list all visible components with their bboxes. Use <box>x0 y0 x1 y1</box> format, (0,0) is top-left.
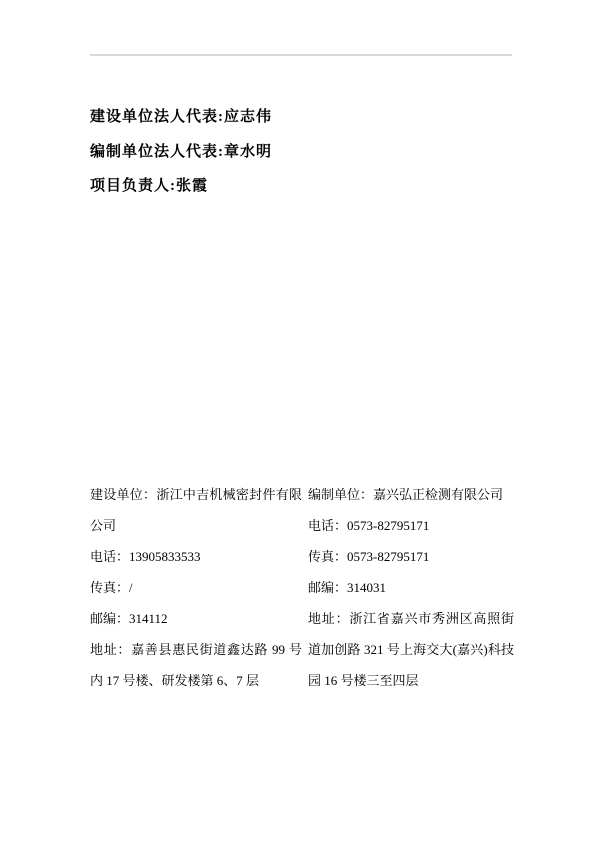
compilation-unit-fax-row: 传真：0573-82795171 <box>308 541 514 572</box>
compilation-unit-address-row: 地址：浙江省嘉兴市秀洲区高照街道加创路 321 号上海交大(嘉兴)科技园 16 … <box>308 603 514 696</box>
postcode-label: 邮编： <box>308 580 347 595</box>
document-page: 建设单位法人代表:应志伟 编制单位法人代表:章水明 项目负责人:张霞 建设单位：… <box>0 0 601 850</box>
legal-representatives-section: 建设单位法人代表:应志伟 编制单位法人代表:章水明 项目负责人:张霞 <box>90 100 520 204</box>
construction-unit-legal-rep: 建设单位法人代表:应志伟 <box>90 100 520 135</box>
construction-unit-phone-row: 电话：13905833533 <box>90 541 302 572</box>
compilation-unit-legal-rep: 编制单位法人代表:章水明 <box>90 135 520 170</box>
construction-unit-fax: / <box>129 580 133 595</box>
contact-info-section: 建设单位：浙江中吉机械密封件有限公司 电话：13905833533 传真：/ 邮… <box>90 479 514 696</box>
construction-unit-postcode: 314112 <box>129 611 168 626</box>
postcode-label: 邮编： <box>90 611 129 626</box>
compilation-unit-fax: 0573-82795171 <box>347 549 429 564</box>
construction-unit-fax-row: 传真：/ <box>90 572 302 603</box>
construction-unit-postcode-row: 邮编：314112 <box>90 603 302 634</box>
compilation-unit-postcode: 314031 <box>347 580 386 595</box>
construction-unit-label: 建设单位： <box>90 487 156 502</box>
compilation-unit-phone-row: 电话：0573-82795171 <box>308 510 514 541</box>
compilation-unit-phone: 0573-82795171 <box>347 518 429 533</box>
compilation-unit-label: 编制单位： <box>308 487 373 502</box>
address-label: 地址： <box>308 611 349 626</box>
address-label: 地址： <box>90 642 131 657</box>
project-leader: 项目负责人:张霞 <box>90 169 520 204</box>
fax-label: 传真： <box>90 580 129 595</box>
phone-label: 电话： <box>308 518 347 533</box>
construction-unit-contact-column: 建设单位：浙江中吉机械密封件有限公司 电话：13905833533 传真：/ 邮… <box>90 479 302 696</box>
compilation-unit-name-row: 编制单位：嘉兴弘正检测有限公司 <box>308 479 514 510</box>
horizontal-divider <box>90 54 512 56</box>
fax-label: 传真： <box>308 549 347 564</box>
construction-unit-name-row: 建设单位：浙江中吉机械密封件有限公司 <box>90 479 302 541</box>
compilation-unit-name: 嘉兴弘正检测有限公司 <box>373 487 503 502</box>
construction-unit-address-row: 地址：嘉善县惠民街道鑫达路 99 号内 17 号楼、研发楼第 6、7 层 <box>90 634 302 696</box>
compilation-unit-contact-column: 编制单位：嘉兴弘正检测有限公司 电话：0573-82795171 传真：0573… <box>308 479 514 696</box>
phone-label: 电话： <box>90 549 129 564</box>
compilation-unit-postcode-row: 邮编：314031 <box>308 572 514 603</box>
construction-unit-phone: 13905833533 <box>129 549 201 564</box>
